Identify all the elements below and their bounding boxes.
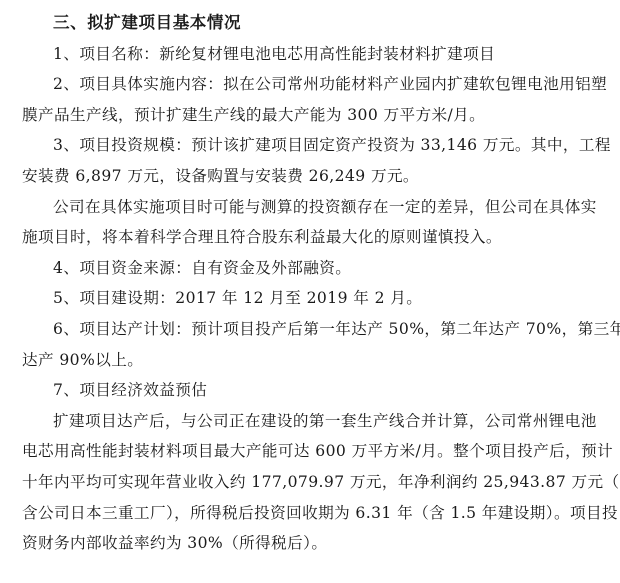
paragraph-line: 3、项目投资规模：预计该扩建项目固定资产投资为 33,146 万元。其中，工程: [22, 130, 606, 161]
paragraph-line: 含公司日本三重工厂），所得税后投资回收期为 6.31 年（含 1.5 年建设期）…: [0, 498, 606, 529]
paragraph-line: 达产 90%以上。: [0, 345, 606, 376]
section-heading-text: 三、拟扩建项目基本情况: [22, 8, 606, 39]
item-investment-note: 公司在具体实施项目时可能与测算的投资额存在一定的差异，但公司在具体实 施项目时，…: [22, 192, 606, 253]
item-implementation-content: 2、项目具体实施内容：拟在公司常州功能材料产业园内扩建软包锂电池用铝塑 膜产品生…: [22, 69, 606, 130]
paragraph-line: 安装费 6,897 万元，设备购置与安装费 26,249 万元。: [0, 161, 606, 192]
paragraph-line: 膜产品生产线，预计扩建生产线的最大产能为 300 万平方米/月。: [0, 100, 606, 131]
section-heading: 三、拟扩建项目基本情况: [22, 8, 606, 39]
item-construction-period: 5、项目建设期：2017 年 12 月至 2019 年 2 月。: [22, 283, 606, 314]
paragraph-line: 7、项目经济效益预估: [22, 375, 606, 406]
paragraph-line: 施项目时，将本着科学合理且符合股东利益最大化的原则谨慎投入。: [0, 222, 606, 253]
paragraph-line: 十年内平均可实现年营业收入约 177,079.97 万元，年净利润约 25,94…: [0, 467, 606, 498]
item-investment-scale: 3、项目投资规模：预计该扩建项目固定资产投资为 33,146 万元。其中，工程 …: [22, 130, 606, 191]
item-project-name: 1、项目名称：新纶复材锂电池电芯用高性能封装材料扩建项目: [22, 39, 606, 70]
item-economic-benefit-title: 7、项目经济效益预估: [22, 375, 606, 406]
paragraph-line: 电芯用高性能封装材料项目最大产能可达 600 万平方米/月。整个项目投产后，预计: [0, 436, 606, 467]
paragraph-line: 4、项目资金来源：自有资金及外部融资。: [22, 253, 606, 284]
item-funding-source: 4、项目资金来源：自有资金及外部融资。: [22, 253, 606, 284]
paragraph-line: 6、项目达产计划：预计项目投产后第一年达产 50%，第二年达产 70%，第三年: [22, 314, 606, 345]
paragraph-line: 2、项目具体实施内容：拟在公司常州功能材料产业园内扩建软包锂电池用铝塑: [22, 69, 606, 100]
paragraph-line: 1、项目名称：新纶复材锂电池电芯用高性能封装材料扩建项目: [22, 39, 606, 70]
item-production-plan: 6、项目达产计划：预计项目投产后第一年达产 50%，第二年达产 70%，第三年 …: [22, 314, 606, 375]
item-economic-benefit-detail: 扩建项目达产后，与公司正在建设的第一套生产线合并计算，公司常州锂电池 电芯用高性…: [22, 406, 606, 559]
document-body: 三、拟扩建项目基本情况 1、项目名称：新纶复材锂电池电芯用高性能封装材料扩建项目…: [22, 8, 606, 559]
paragraph-line: 5、项目建设期：2017 年 12 月至 2019 年 2 月。: [22, 283, 606, 314]
paragraph-line: 公司在具体实施项目时可能与测算的投资额存在一定的差异，但公司在具体实: [22, 192, 606, 223]
paragraph-line: 扩建项目达产后，与公司正在建设的第一套生产线合并计算，公司常州锂电池: [22, 406, 606, 437]
paragraph-line: 资财务内部收益率约为 30%（所得税后）。: [0, 528, 606, 559]
